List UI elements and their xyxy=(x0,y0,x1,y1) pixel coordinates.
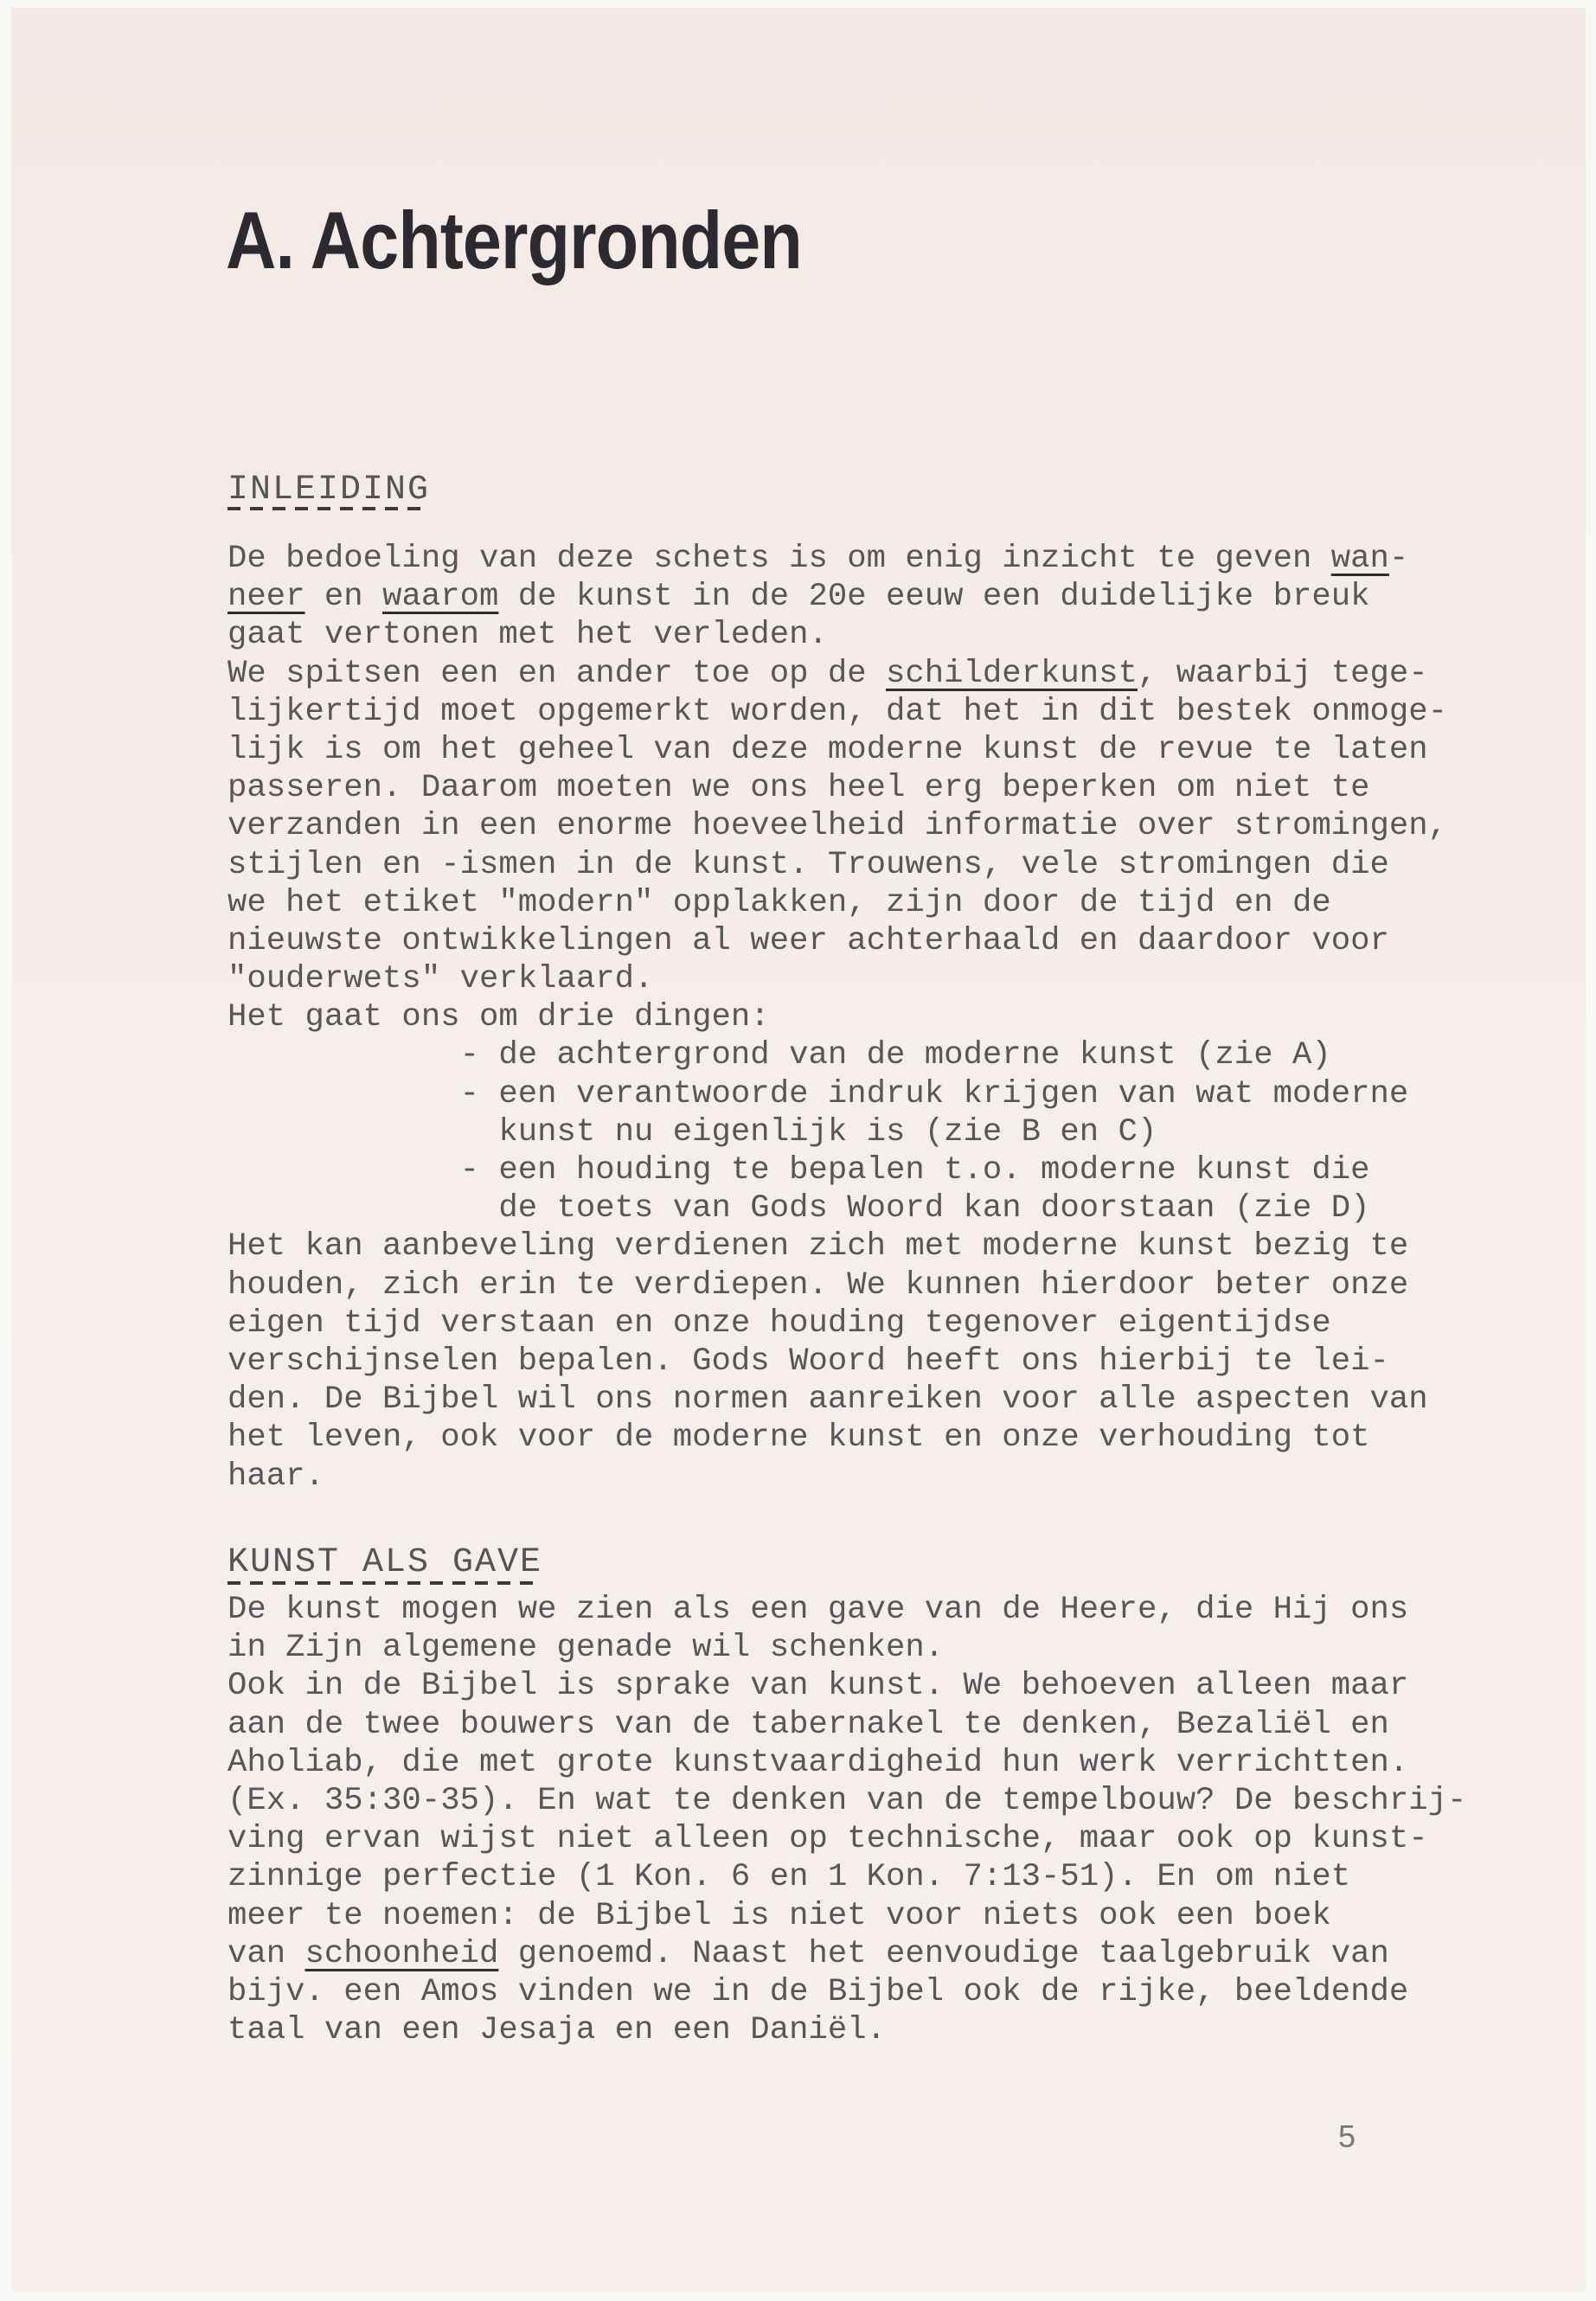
text-run: - xyxy=(1389,541,1408,577)
text-line: We spitsen een en ander toe op de schild… xyxy=(228,655,1447,693)
text-run: De kunst mogen we zien als een gave van … xyxy=(228,1592,1408,1628)
heading-underline-dashes xyxy=(228,507,430,510)
text-run: we het etiket "modern" opplakken, zijn d… xyxy=(228,885,1331,921)
text-line: Het kan aanbeveling verdienen zich met m… xyxy=(228,1227,1447,1266)
text-run: den. De Bijbel wil ons normen aanreiken … xyxy=(228,1381,1428,1418)
text-run: genoemd. Naast het eenvoudige taalgebrui… xyxy=(498,1936,1389,1972)
text-run: passeren. Daarom moeten we ons heel erg … xyxy=(228,770,1370,806)
text-run: Het kan aanbeveling verdienen zich met m… xyxy=(228,1228,1408,1265)
text-run: lijkertijd moet opgemerkt worden, dat he… xyxy=(228,694,1447,730)
text-line: den. De Bijbel wil ons normen aanreiken … xyxy=(228,1381,1447,1419)
underlined-word: schoonheid xyxy=(305,1936,499,1972)
text-run: , waarbij tege- xyxy=(1138,656,1428,692)
text-run: De bedoeling van deze schets is om enig … xyxy=(228,541,1331,577)
text-run: de kunst in de 20e eeuw een duidelijke b… xyxy=(498,579,1369,615)
text-line: De bedoeling van deze schets is om enig … xyxy=(228,540,1447,578)
page-title: A. Achtergronden xyxy=(226,200,802,281)
text-line: lijkertijd moet opgemerkt worden, dat he… xyxy=(228,693,1447,731)
text-run: de toets van Gods Woord kan doorstaan (z… xyxy=(228,1190,1370,1227)
text-line: Aholiab, die met grote kunstvaardigheid … xyxy=(228,1744,1466,1782)
text-line: bijv. een Amos vinden we in de Bijbel oo… xyxy=(228,1973,1466,2011)
text-run: houden, zich erin te verdiepen. We kunne… xyxy=(228,1267,1408,1304)
text-line: - de achtergrond van de moderne kunst (z… xyxy=(228,1036,1447,1074)
text-run: zinnige perfectie (1 Kon. 6 en 1 Kon. 7:… xyxy=(228,1859,1350,1895)
text-run: lijk is om het geheel van deze moderne k… xyxy=(228,732,1428,768)
section-body-inleiding: De bedoeling van deze schets is om enig … xyxy=(228,540,1447,1496)
text-line: nieuwste ontwikkelingen al weer achterha… xyxy=(228,922,1447,960)
text-line: gaat vertonen met het verleden. xyxy=(228,616,1447,654)
text-line: De kunst mogen we zien als een gave van … xyxy=(228,1591,1466,1629)
underlined-word: neer xyxy=(228,579,305,615)
text-line: neer en waarom de kunst in de 20e eeuw e… xyxy=(228,578,1447,616)
page-number: 5 xyxy=(1338,2118,1356,2155)
text-line: in Zijn algemene genade wil schenken. xyxy=(228,1629,1466,1667)
text-run: gaat vertonen met het verleden. xyxy=(228,617,828,653)
heading-underline-dashes xyxy=(228,1581,542,1585)
text-line: lijk is om het geheel van deze moderne k… xyxy=(228,731,1447,769)
text-line: van schoonheid genoemd. Naast het eenvou… xyxy=(228,1935,1466,1973)
text-run: Aholiab, die met grote kunstvaardigheid … xyxy=(228,1745,1408,1781)
text-line: aan de twee bouwers van de tabernakel te… xyxy=(228,1706,1466,1744)
text-run: "ouderwets" verklaard. xyxy=(228,961,653,997)
text-run: in Zijn algemene genade wil schenken. xyxy=(228,1630,944,1666)
text-run: Ook in de Bijbel is sprake van kunst. We… xyxy=(228,1668,1408,1704)
section-heading-inleiding: INLEIDING xyxy=(228,471,430,510)
text-run: kunst nu eigenlijk is (zie B en C) xyxy=(228,1114,1157,1150)
text-run: aan de twee bouwers van de tabernakel te… xyxy=(228,1707,1389,1743)
text-line: de toets van Gods Woord kan doorstaan (z… xyxy=(228,1189,1447,1227)
text-run: (Ex. 35:30-35). En wat te denken van de … xyxy=(228,1783,1466,1819)
underlined-word: waarom xyxy=(382,579,498,615)
text-line: zinnige perfectie (1 Kon. 6 en 1 Kon. 7:… xyxy=(228,1858,1466,1896)
text-line: taal van een Jesaja en een Daniël. xyxy=(228,2011,1466,2049)
text-run: Het gaat ons om drie dingen: xyxy=(228,999,770,1035)
text-run: haar. xyxy=(228,1458,324,1495)
text-run: verzanden in een enorme hoeveelheid info… xyxy=(228,808,1447,844)
text-line: we het etiket "modern" opplakken, zijn d… xyxy=(228,884,1447,922)
text-run: stijlen en -ismen in de kunst. Trouwens,… xyxy=(228,847,1389,883)
text-run: ving ervan wijst niet alleen op technisc… xyxy=(228,1821,1428,1857)
text-line: stijlen en -ismen in de kunst. Trouwens,… xyxy=(228,846,1447,884)
text-run: verschijnselen bepalen. Gods Woord heeft… xyxy=(228,1343,1389,1380)
text-line: eigen tijd verstaan en onze houding tege… xyxy=(228,1304,1447,1343)
text-line: ving ervan wijst niet alleen op technisc… xyxy=(228,1820,1466,1858)
text-line: kunst nu eigenlijk is (zie B en C) xyxy=(228,1113,1447,1151)
text-line: meer te noemen: de Bijbel is niet voor n… xyxy=(228,1897,1466,1935)
underlined-word: wan xyxy=(1331,541,1389,577)
text-line: haar. xyxy=(228,1458,1447,1496)
text-line: - een houding te bepalen t.o. moderne ku… xyxy=(228,1151,1447,1189)
text-line: het leven, ook voor de moderne kunst en … xyxy=(228,1419,1447,1457)
text-run: het leven, ook voor de moderne kunst en … xyxy=(228,1420,1370,1456)
text-run: eigen tijd verstaan en onze houding tege… xyxy=(228,1305,1331,1342)
text-line: verzanden in een enorme hoeveelheid info… xyxy=(228,807,1447,845)
document-page: A. Achtergronden INLEIDING De bedoeling … xyxy=(11,8,1586,2291)
text-run: nieuwste ontwikkelingen al weer achterha… xyxy=(228,923,1389,959)
text-run: en xyxy=(305,579,383,615)
text-run: - de achtergrond van de moderne kunst (z… xyxy=(228,1037,1331,1074)
text-line: (Ex. 35:30-35). En wat te denken van de … xyxy=(228,1782,1466,1820)
text-run: bijv. een Amos vinden we in de Bijbel oo… xyxy=(228,1974,1408,2010)
section-heading-kunst-als-gave: KUNST ALS GAVE xyxy=(228,1544,542,1582)
text-line: - een verantwoorde indruk krijgen van wa… xyxy=(228,1075,1447,1113)
text-line: Het gaat ons om drie dingen: xyxy=(228,998,1447,1036)
text-run: taal van een Jesaja en een Daniël. xyxy=(228,2012,886,2048)
text-line: houden, zich erin te verdiepen. We kunne… xyxy=(228,1266,1447,1304)
text-line: Ook in de Bijbel is sprake van kunst. We… xyxy=(228,1667,1466,1705)
text-line: passeren. Daarom moeten we ons heel erg … xyxy=(228,769,1447,807)
text-run: meer te noemen: de Bijbel is niet voor n… xyxy=(228,1898,1331,1934)
text-run: We spitsen een en ander toe op de xyxy=(228,656,886,692)
text-line: verschijnselen bepalen. Gods Woord heeft… xyxy=(228,1343,1447,1381)
section-body-kunst-als-gave: De kunst mogen we zien als een gave van … xyxy=(228,1591,1466,2049)
text-line: "ouderwets" verklaard. xyxy=(228,960,1447,998)
text-run: van xyxy=(228,1936,305,1972)
text-run: - een verantwoorde indruk krijgen van wa… xyxy=(228,1076,1408,1112)
text-run: - een houding te bepalen t.o. moderne ku… xyxy=(228,1152,1370,1189)
underlined-word: schilderkunst xyxy=(886,656,1138,692)
